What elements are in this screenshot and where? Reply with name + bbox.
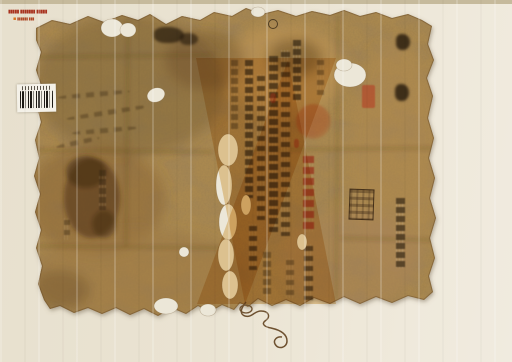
archive-label-line2-text: ▮▮▮▮▮▮ ▮▮▮ xyxy=(16,16,34,21)
barcode-sticker xyxy=(17,84,56,113)
paper-hole xyxy=(200,304,216,316)
paper-hole xyxy=(179,247,189,257)
paper-hole xyxy=(154,298,178,314)
paper-hole xyxy=(101,19,123,37)
paper-hole xyxy=(120,23,136,37)
paper-hole xyxy=(251,7,265,17)
archive-label-line2: ▪ ▮▮▮▮▮▮ ▮▮▮ xyxy=(13,16,34,22)
paper-hole xyxy=(145,85,167,104)
cord-string xyxy=(241,302,287,348)
paper-hole xyxy=(336,59,352,71)
barcode-bars-icon xyxy=(20,91,53,109)
hanging-cord xyxy=(240,302,287,348)
scanned-manuscript-view: ▮▮▮▮▮ ▮▮▮▮▮▮▮ ▮▮▮▮▮ ▪ ▮▮▮▮▮▮ ▮▮▮ xyxy=(0,0,512,362)
barcode-digits-row xyxy=(21,86,51,91)
holes-cord-watermark-layer xyxy=(0,0,512,362)
archive-label-line1: ▮▮▮▮▮ ▮▮▮▮▮▮▮ ▮▮▮▮▮ xyxy=(8,9,47,15)
